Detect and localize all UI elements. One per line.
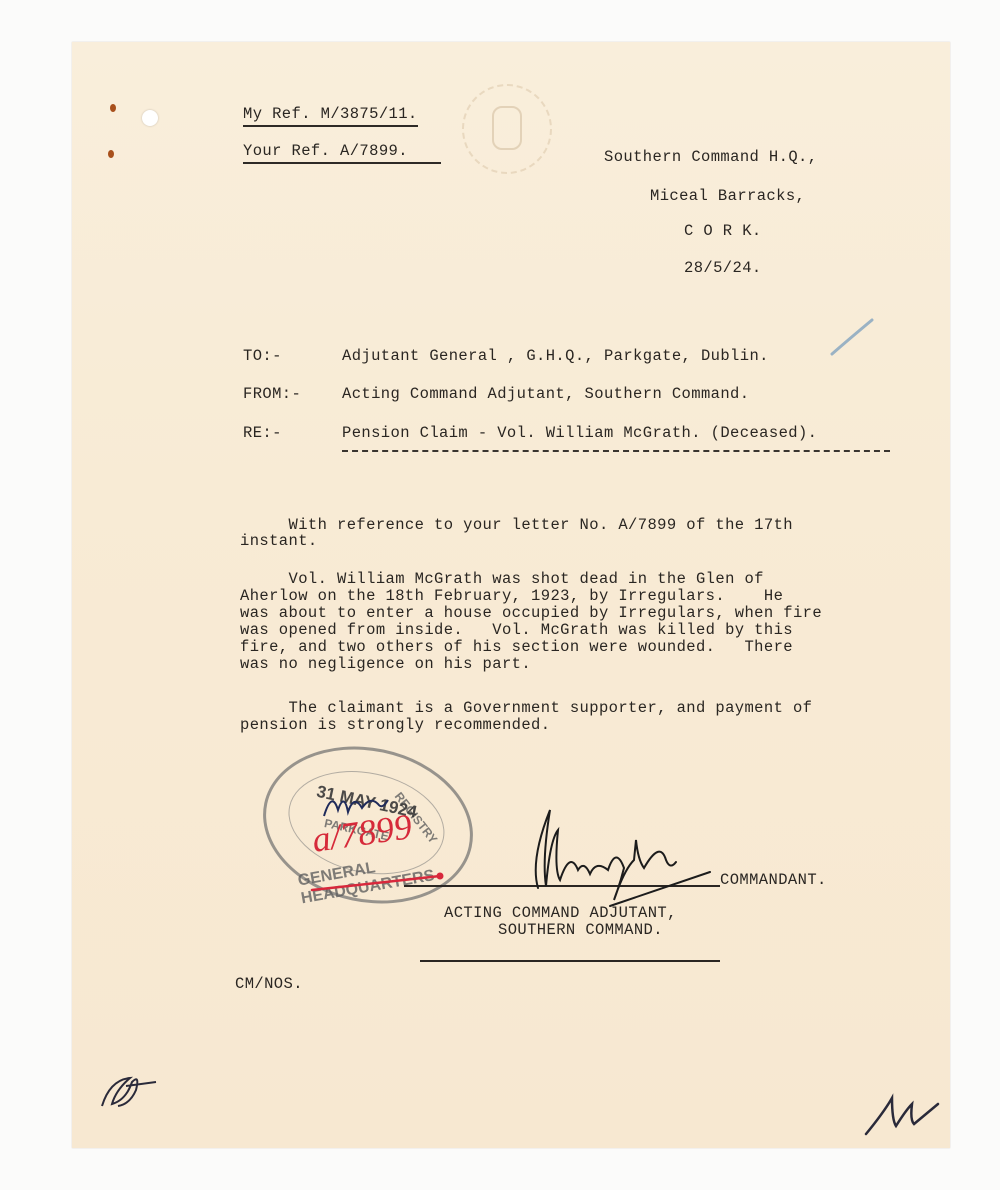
address-line-2: Miceal Barracks, [650, 188, 805, 205]
body-para1-line1: With reference to your letter No. A/7899… [240, 517, 793, 534]
subject-divider [342, 450, 890, 452]
body-para2-line6: was no negligence on his part. [240, 656, 531, 673]
re-value: Pension Claim - Vol. William McGrath. (D… [342, 425, 817, 442]
punch-hole [142, 110, 158, 126]
my-reference: My Ref. M/3875/11. [243, 106, 418, 127]
embossed-seal-icon [462, 84, 552, 174]
handwritten-signature [520, 800, 720, 910]
red-underline-stroke [308, 868, 448, 898]
from-value: Acting Command Adjutant, Southern Comman… [342, 386, 749, 403]
body-para2-line1: Vol. William McGrath was shot dead in th… [240, 571, 764, 588]
address-line-1: Southern Command H.Q., [604, 149, 817, 166]
to-label: TO:- [243, 348, 282, 365]
pencil-tick-icon [828, 316, 878, 360]
your-reference: Your Ref. A/7899. [243, 143, 441, 164]
from-label: FROM:- [243, 386, 301, 403]
address-line-3: C O R K. [684, 223, 762, 240]
signatory-rank: COMMANDANT. [720, 872, 827, 889]
letter-date: 28/5/24. [684, 260, 762, 277]
typist-reference: CM/NOS. [235, 976, 303, 993]
body-para3-line2: pension is strongly recommended. [240, 717, 550, 734]
signatory-title-1: ACTING COMMAND ADJUTANT, [444, 905, 677, 922]
to-value: Adjutant General , G.H.Q., Parkgate, Dub… [342, 348, 769, 365]
body-para1-line2: instant. [240, 533, 318, 550]
body-para3-line1: The claimant is a Government supporter, … [240, 700, 812, 717]
rust-mark [110, 104, 116, 112]
initials-bottom-right [862, 1090, 942, 1140]
body-para2-line2: Aherlow on the 18th February, 1923, by I… [240, 588, 783, 605]
body-para2-line5: fire, and two others of his section were… [240, 639, 793, 656]
body-para2-line3: was about to enter a house occupied by I… [240, 605, 822, 622]
body-para2-line4: was opened from inside. Vol. McGrath was… [240, 622, 793, 639]
initials-bottom-left [96, 1070, 166, 1114]
closing-rule [420, 960, 720, 962]
rust-mark [108, 150, 114, 158]
re-label: RE:- [243, 425, 282, 442]
signatory-title-2: SOUTHERN COMMAND. [498, 922, 663, 939]
